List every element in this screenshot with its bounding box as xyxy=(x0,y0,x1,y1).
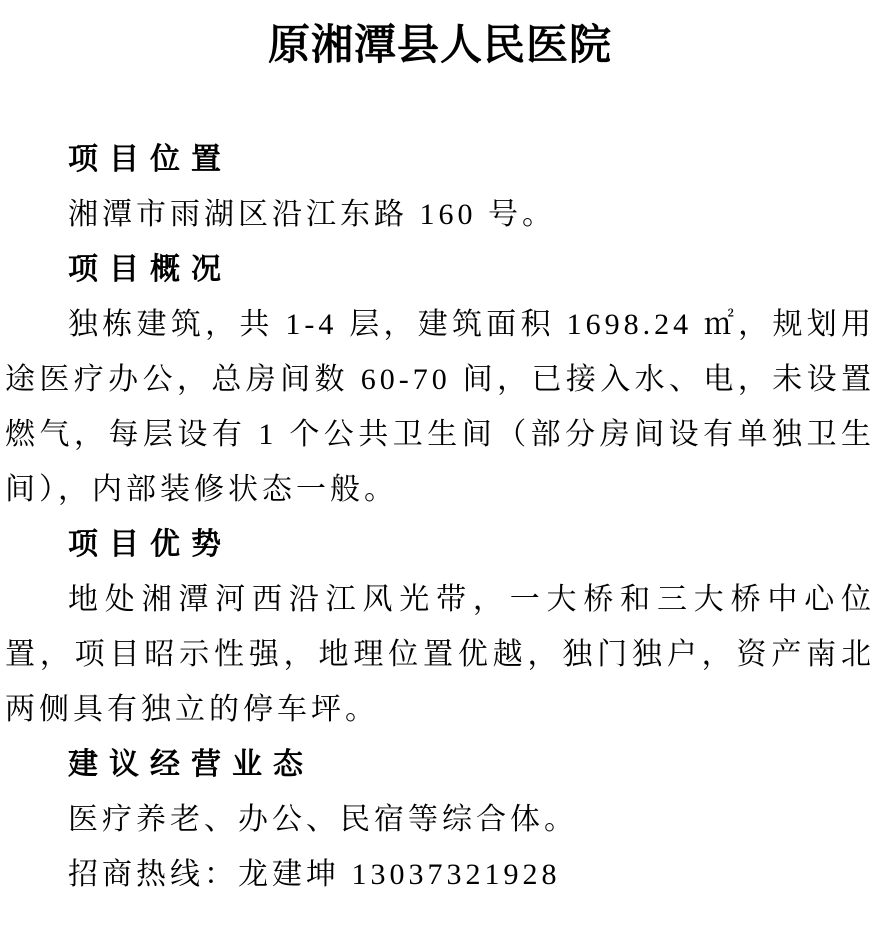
document-page: 原湘潭县人民医院 项目位置 湘潭市雨湖区沿江东路 160 号。 项目概况 独栋建… xyxy=(0,0,880,928)
paragraph-suggested-business: 医疗养老、办公、民宿等综合体。 xyxy=(5,792,875,847)
section-heading-project-location: 项目位置 xyxy=(5,132,875,187)
section-project-location: 项目位置 湘潭市雨湖区沿江东路 160 号。 xyxy=(5,132,875,242)
section-heading-project-advantages: 项目优势 xyxy=(5,517,875,572)
paragraph-investment-hotline: 招商热线：龙建坤 13037321928 xyxy=(5,847,875,902)
section-suggested-business: 建议经营业态 医疗养老、办公、民宿等综合体。 招商热线：龙建坤 13037321… xyxy=(5,737,875,902)
section-project-advantages: 项目优势 地处湘潭河西沿江风光带，一大桥和三大桥中心位置，项目昭示性强，地理位置… xyxy=(5,517,875,737)
paragraph-project-advantages: 地处湘潭河西沿江风光带，一大桥和三大桥中心位置，项目昭示性强，地理位置优越，独门… xyxy=(5,572,875,737)
section-project-overview: 项目概况 独栋建筑，共 1-4 层，建筑面积 1698.24 ㎡，规划用途医疗办… xyxy=(5,242,875,517)
paragraph-project-location-address: 湘潭市雨湖区沿江东路 160 号。 xyxy=(5,187,875,242)
page-title: 原湘潭县人民医院 xyxy=(5,16,875,74)
paragraph-project-overview: 独栋建筑，共 1-4 层，建筑面积 1698.24 ㎡，规划用途医疗办公，总房间… xyxy=(5,297,875,517)
section-heading-suggested-business: 建议经营业态 xyxy=(5,737,875,792)
section-heading-project-overview: 项目概况 xyxy=(5,242,875,297)
